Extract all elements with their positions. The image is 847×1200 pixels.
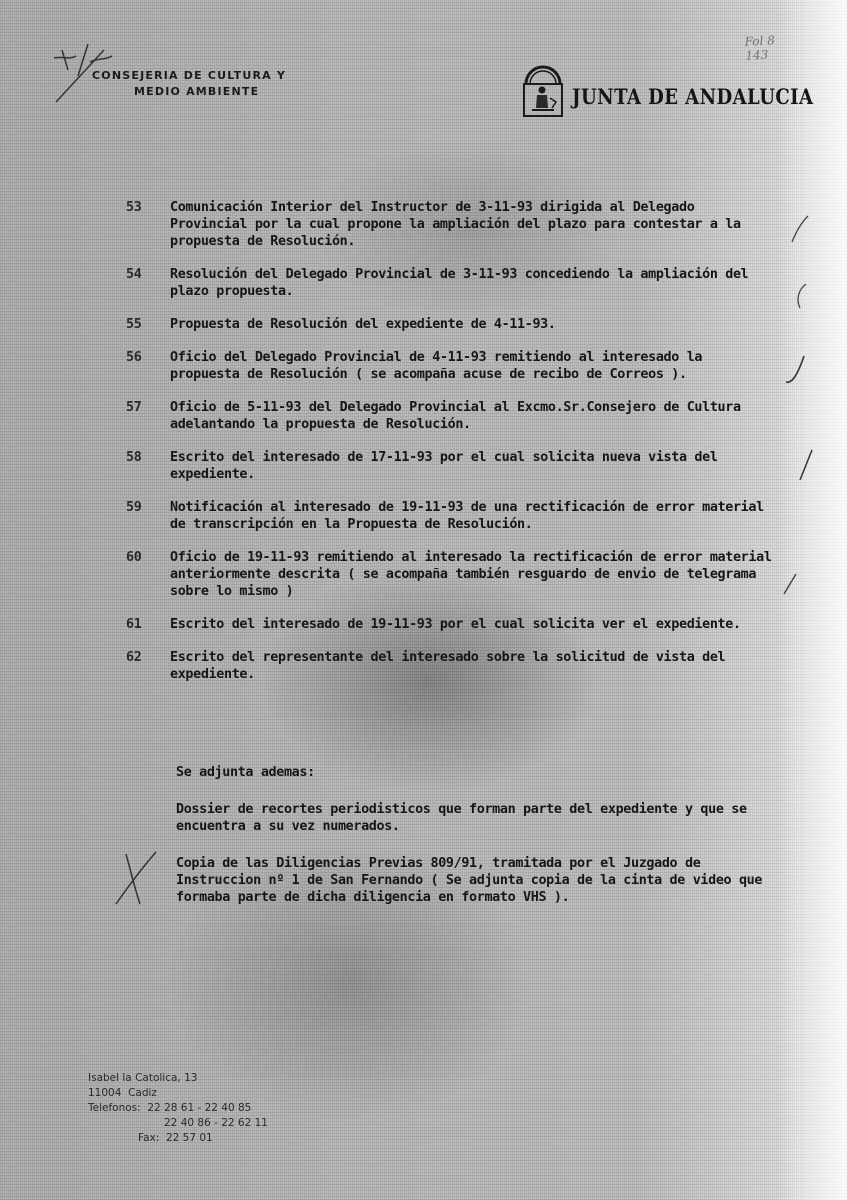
footer-phones-row: Telefonos: 22 28 61 - 22 40 85 [88, 1101, 268, 1116]
footer-fax-row: Fax: 22 57 01 [88, 1131, 268, 1146]
item-text: Propuesta de Resolución del expediente d… [170, 316, 778, 333]
item-number: 54 [126, 266, 141, 283]
item-text: Oficio de 5-11-93 del Delegado Provincia… [170, 399, 778, 433]
list-item: 54 Resolución del Delegado Provincial de… [118, 266, 778, 300]
list-item: 60 Oficio de 19-11-93 remitiendo al inte… [118, 549, 778, 600]
item-number: 57 [126, 399, 141, 416]
list-item: 57 Oficio de 5-11-93 del Delegado Provin… [118, 399, 778, 433]
item-number: 60 [126, 549, 141, 566]
scan-edge-fade [777, 0, 847, 1200]
list-item: 53 Comunicación Interior del Instructor … [118, 199, 778, 250]
check-mark-icon [790, 280, 814, 314]
item-text: Oficio de 19-11-93 remitiendo al interes… [170, 549, 778, 600]
department-line-2: MEDIO AMBIENTE [92, 84, 286, 100]
item-number: 61 [126, 616, 141, 633]
footer-phones-label: Telefonos: [88, 1102, 141, 1114]
item-text: Escrito del representante del interesado… [170, 649, 778, 683]
footer-street: Isabel la Catolica, 13 [88, 1071, 268, 1086]
item-number: 55 [126, 316, 141, 333]
footer-postal: 11004 Cadiz [88, 1086, 268, 1101]
item-number: 58 [126, 449, 141, 466]
item-text: Resolución del Delegado Provincial de 3-… [170, 266, 778, 300]
brand-name: JUNTA DE ANDALUCIA [572, 84, 813, 109]
list-item: 59 Notificación al interesado de 19-11-9… [118, 499, 778, 533]
footer-phones-1: 22 28 61 - 22 40 85 [147, 1102, 251, 1114]
check-mark-icon [780, 566, 804, 600]
folio-note-line-1: Fol 8 [744, 33, 775, 49]
footer-fax: 22 57 01 [166, 1132, 213, 1144]
footer-fax-label: Fax: [138, 1132, 159, 1144]
document-item-list: 53 Comunicación Interior del Instructor … [118, 199, 778, 699]
check-mark-icon [796, 448, 820, 482]
list-item: 55 Propuesta de Resolución del expedient… [118, 316, 778, 333]
item-text: Escrito del interesado de 17-11-93 por e… [170, 449, 778, 483]
list-item: 56 Oficio del Delegado Provincial de 4-1… [118, 349, 778, 383]
attachments-section: Se adjunta ademas: Dossier de recortes p… [176, 764, 776, 926]
item-number: 62 [126, 649, 141, 666]
item-text: Oficio del Delegado Provincial de 4-11-9… [170, 349, 778, 383]
item-number: 56 [126, 349, 141, 366]
list-item: 62 Escrito del representante del interes… [118, 649, 778, 683]
list-item: 61 Escrito del interesado de 19-11-93 po… [118, 616, 778, 633]
attachments-heading: Se adjunta ademas: [176, 764, 776, 781]
department-line-1: CONSEJERIA DE CULTURA Y [92, 68, 286, 84]
item-number: 59 [126, 499, 141, 516]
item-number: 53 [126, 199, 141, 216]
item-text: Comunicación Interior del Instructor de … [170, 199, 778, 250]
check-mark-icon [788, 212, 812, 246]
attachment-paragraph: Copia de las Diligencias Previas 809/91,… [176, 855, 776, 906]
department-name: CONSEJERIA DE CULTURA Y MEDIO AMBIENTE [92, 68, 286, 100]
folio-note-line-2: 143 [745, 47, 776, 63]
x-mark-icon [112, 848, 164, 908]
list-item: 58 Escrito del interesado de 17-11-93 po… [118, 449, 778, 483]
folio-note: Fol 8 143 [744, 33, 776, 63]
check-mark-icon [784, 352, 808, 386]
attachment-paragraph: Dossier de recortes periodisticos que fo… [176, 801, 776, 835]
footer-phones-2: 22 40 86 - 22 62 11 [88, 1116, 268, 1131]
item-text: Escrito del interesado de 19-11-93 por e… [170, 616, 778, 633]
item-text: Notificación al interesado de 19-11-93 d… [170, 499, 778, 533]
footer-address: Isabel la Catolica, 13 11004 Cadiz Telef… [88, 1071, 268, 1146]
andalucia-coat-of-arms-icon [520, 62, 566, 118]
